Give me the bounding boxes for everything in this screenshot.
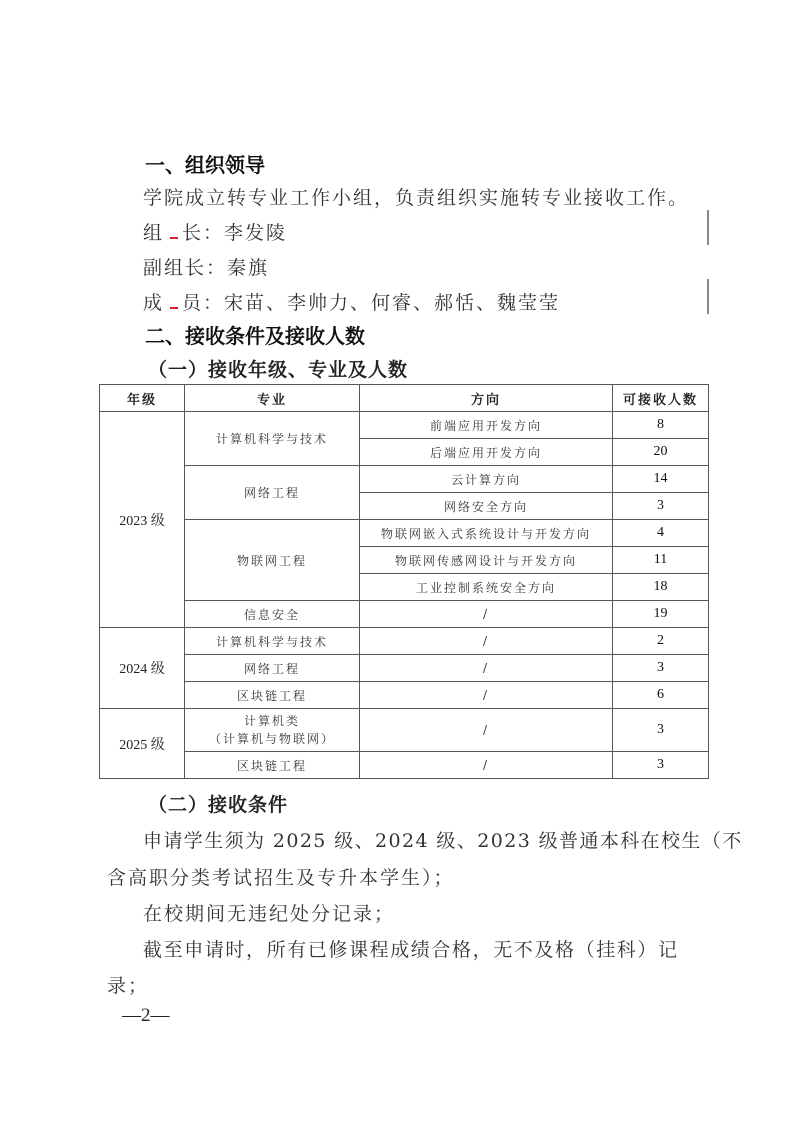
table-row: 网络工程 / 3 — [100, 655, 709, 682]
direction-cell: / — [360, 682, 613, 709]
condition-2: 在校期间无违纪处分记录； — [143, 899, 395, 926]
table-row: 2023 级 计算机科学与技术 前端应用开发方向 8 — [100, 412, 709, 439]
count-cell: 6 — [613, 682, 709, 709]
members-line: 成员：宋苗、李帅力、何睿、郝恬、魏莹莹 — [143, 288, 560, 315]
header-direction: 方向 — [360, 385, 613, 412]
count-cell: 14 — [613, 466, 709, 493]
direction-cell: / — [360, 655, 613, 682]
count-cell: 8 — [613, 412, 709, 439]
table-row: 2025 级 计算机类 （计算机与物联网） / 3 — [100, 709, 709, 752]
major-cell: 计算机科学与技术 — [185, 628, 360, 655]
table-row: 区块链工程 / 6 — [100, 682, 709, 709]
count-cell: 11 — [613, 547, 709, 574]
table-header-row: 年级 专业 方向 可接收人数 — [100, 385, 709, 412]
table-row: 区块链工程 / 3 — [100, 752, 709, 779]
condition-1-line2: 含高职分类考试招生及专升本学生）； — [107, 863, 455, 890]
section-heading-organization: 一、组织领导 — [145, 149, 265, 178]
direction-cell: / — [360, 752, 613, 779]
direction-cell: 前端应用开发方向 — [360, 412, 613, 439]
count-cell: 3 — [613, 493, 709, 520]
members-value: 员：宋苗、李帅力、何睿、郝恬、魏莹莹 — [182, 292, 560, 314]
major-cell: 信息安全 — [185, 601, 360, 628]
direction-cell: / — [360, 628, 613, 655]
count-cell: 2 — [613, 628, 709, 655]
header-grade: 年级 — [100, 385, 185, 412]
count-cell: 3 — [613, 709, 709, 752]
major-cell: 网络工程 — [185, 655, 360, 682]
grade-cell: 2024 级 — [100, 628, 185, 709]
grade-cell: 2023 级 — [100, 412, 185, 628]
direction-cell: 云计算方向 — [360, 466, 613, 493]
leader-line: 组长：李发陵 — [143, 218, 287, 245]
table-row: 信息安全 / 19 — [100, 601, 709, 628]
major-cell: 网络工程 — [185, 466, 360, 520]
major-line1: 计算机类 — [185, 712, 359, 730]
grade-cell: 2025 级 — [100, 709, 185, 779]
change-bar — [707, 210, 709, 245]
direction-cell: / — [360, 709, 613, 752]
red-underline-mark — [170, 293, 178, 309]
count-cell: 4 — [613, 520, 709, 547]
table-row: 物联网工程 物联网嵌入式系统设计与开发方向 4 — [100, 520, 709, 547]
major-cell: 区块链工程 — [185, 752, 360, 779]
direction-cell: 工业控制系统安全方向 — [360, 574, 613, 601]
count-cell: 18 — [613, 574, 709, 601]
major-cell: 计算机类 （计算机与物联网） — [185, 709, 360, 752]
major-cell: 物联网工程 — [185, 520, 360, 601]
subheading-grades-majors: （一）接收年级、专业及人数 — [148, 355, 408, 382]
direction-cell: 后端应用开发方向 — [360, 439, 613, 466]
major-cell: 计算机科学与技术 — [185, 412, 360, 466]
header-major: 专业 — [185, 385, 360, 412]
condition-3-line2: 录； — [107, 971, 149, 998]
count-cell: 20 — [613, 439, 709, 466]
table-row: 网络工程 云计算方向 14 — [100, 466, 709, 493]
direction-cell: 物联网传感网设计与开发方向 — [360, 547, 613, 574]
direction-cell: 网络安全方向 — [360, 493, 613, 520]
table-row: 2024 级 计算机科学与技术 / 2 — [100, 628, 709, 655]
count-cell: 3 — [613, 655, 709, 682]
members-label-a: 成 — [143, 292, 164, 314]
direction-cell: 物联网嵌入式系统设计与开发方向 — [360, 520, 613, 547]
condition-1-line1: 申请学生须为 2025 级、2024 级、2023 级普通本科在校生（不 — [143, 826, 743, 853]
deputy-leader-line: 副组长：秦旗 — [143, 253, 269, 280]
page-number: —2— — [122, 1005, 170, 1027]
major-line2: （计算机与物联网） — [185, 730, 359, 748]
leader-label-a: 组 — [143, 222, 164, 244]
header-count: 可接收人数 — [613, 385, 709, 412]
direction-cell: / — [360, 601, 613, 628]
organization-intro: 学院成立转专业工作小组，负责组织实施转专业接收工作。 — [143, 183, 689, 210]
count-cell: 19 — [613, 601, 709, 628]
red-underline-mark — [170, 223, 178, 239]
section-heading-conditions: 二、接收条件及接收人数 — [145, 320, 365, 349]
major-cell: 区块链工程 — [185, 682, 360, 709]
change-bar — [707, 279, 709, 314]
count-cell: 3 — [613, 752, 709, 779]
leader-value: 长：李发陵 — [182, 222, 287, 244]
subheading-conditions: （二）接收条件 — [148, 790, 288, 817]
condition-3-line1: 截至申请时，所有已修课程成绩合格，无不及格（挂科）记 — [143, 935, 679, 962]
quota-table: 年级 专业 方向 可接收人数 2023 级 计算机科学与技术 前端应用开发方向 … — [99, 384, 709, 779]
